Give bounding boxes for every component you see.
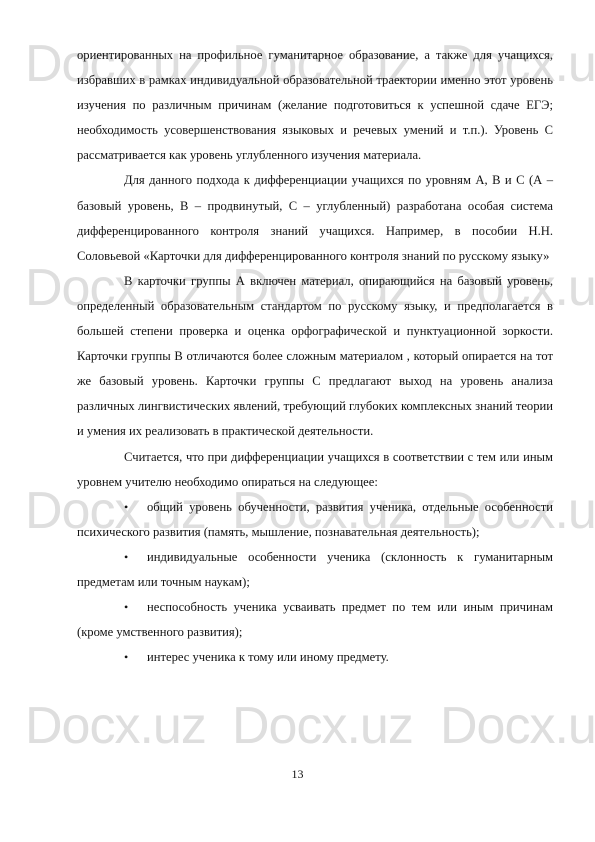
bullet-list-item: • индивидуальные особенности ученика (ск… <box>77 545 553 595</box>
paragraph: Для данного подхода к дифференциации уча… <box>77 168 553 268</box>
bullet-text: индивидуальные особенности ученика (скло… <box>77 550 553 589</box>
bullet-icon: • <box>124 495 128 520</box>
bullet-list-item: • интерес ученика к тому или иному предм… <box>77 645 553 670</box>
watermark: Docx.uz <box>232 700 413 752</box>
paragraph: В карточки группы А включен материал, оп… <box>77 269 553 445</box>
bullet-text: интерес ученика к тому или иному предмет… <box>147 650 389 664</box>
bullet-icon: • <box>124 595 128 620</box>
bullet-list-item: • неспособность ученика усваивать предме… <box>77 595 553 645</box>
bullet-list: • общий уровень обученности, развития уч… <box>77 495 553 671</box>
paragraph: ориентированных на профильное гуманитарн… <box>77 43 553 168</box>
document-body: ориентированных на профильное гуманитарн… <box>77 43 553 670</box>
page-number: 13 <box>0 767 595 782</box>
bullet-icon: • <box>124 645 128 670</box>
bullet-list-item: • общий уровень обученности, развития уч… <box>77 495 553 545</box>
watermark: Docx.uz <box>25 700 206 752</box>
bullet-icon: • <box>124 545 128 570</box>
bullet-text: неспособность ученика усваивать предмет … <box>77 600 553 639</box>
watermark: Docx.uz <box>440 700 595 752</box>
bullet-text: общий уровень обученности, развития учен… <box>77 500 553 539</box>
paragraph: Считается, что при дифференциации учащих… <box>77 445 553 495</box>
